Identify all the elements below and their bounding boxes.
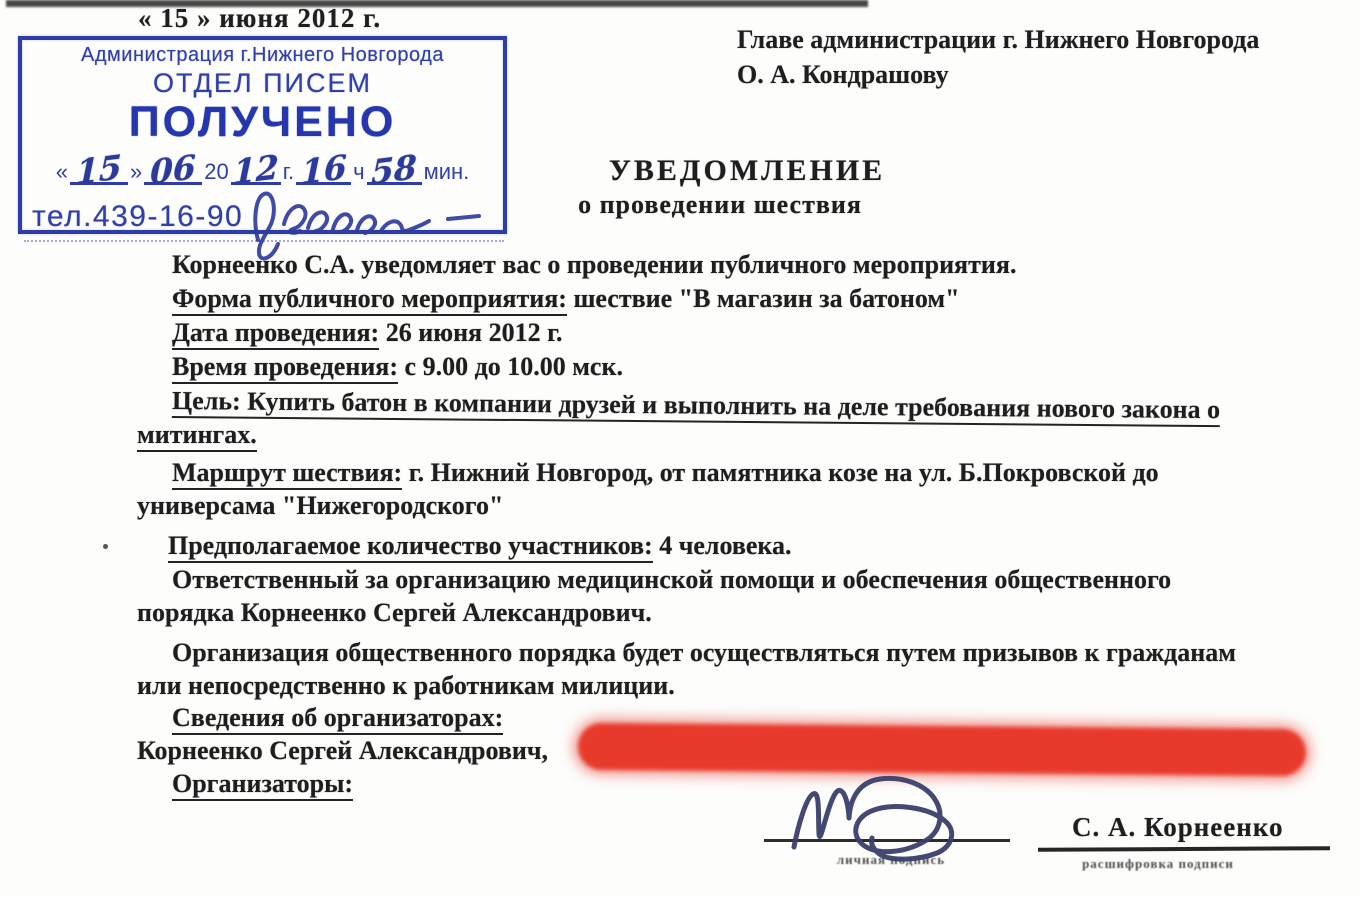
stamp-month-blank: 06 [144,148,202,185]
signature-line [764,839,1010,842]
document-subtitle: о проведении шествия [540,190,900,220]
body-line: универсама "Нижегородского" [137,491,503,521]
signature-name-line [1038,846,1330,852]
stamp-date-row: «15»062012г.16ч58мин. [22,148,503,192]
body-line: Ответственный за организацию медицинской… [172,565,1171,595]
handwritten-hour: 16 [300,147,346,192]
body-line: Организация общественного порядка будет … [172,638,1236,668]
document-title: УВЕДОМЛЕНИЕ [560,154,934,188]
stamp-close-quote: » [128,159,144,185]
addressee-line1: Главе администрации г. Нижнего Новгорода [737,22,1259,57]
stamp-open-quote: « [54,159,70,185]
stamp-received-label: ПОЛУЧЕНО [22,98,503,147]
body-line: Корнеенко С.А. уведомляет вас о проведен… [172,250,1016,280]
signature-caption: личная подпись [811,852,971,868]
stamp-hour-blank: 16 [296,148,351,185]
body-line: Время проведения: с 9.00 до 10.00 мск. [172,352,623,382]
body-line: Форма публичного мероприятия: шествие "В… [172,284,960,314]
stamp-dotted-artifact [24,240,504,242]
signature-name-caption: расшифровка подписи [1068,856,1248,872]
handwritten-signature [794,778,952,859]
document-date: « 15 » июня 2012 г. [138,3,381,34]
body-line: порядка Корнеенко Сергей Александрович. [137,598,652,628]
stamp-year-prefix: 20 [202,159,230,185]
body-line: митингах. [137,420,257,450]
stamp-dept-line: ОТДЕЛ ПИСЕМ [22,68,503,99]
received-stamp: Администрация г.Нижнего Новгорода ОТДЕЛ … [18,36,507,234]
stamp-year-suffix: г. [281,159,296,185]
handwritten-month: 06 [150,147,196,192]
stamp-minute-suffix: мин. [422,159,472,185]
handwritten-day: 15 [76,147,122,192]
addressee-block: Главе администрации г. Нижнего Новгорода… [737,22,1259,92]
addressee-line2: О. А. Кондрашову [737,57,1259,92]
scanned-document: « 15 » июня 2012 г. Главе администрации … [0,0,1360,897]
body-line: Корнеенко Сергей Александрович, [137,736,548,766]
signatory-name: С. А. Корнеенко [1072,812,1284,843]
body-line: или непосредственно к работникам милиции… [137,671,675,701]
stamp-hour-suffix: ч [351,159,366,185]
stamp-phone: тел.439-16-90 [32,200,243,234]
scan-edge-artifact [6,0,868,7]
body-line: Дата проведения: 26 июня 2012 г. [172,318,563,348]
handwritten-year: 12 [233,147,279,192]
body-line: Цель: Купить батон в компании друзей и в… [172,386,1220,425]
handwritten-minute: 58 [371,147,417,192]
stamp-minute-blank: 58 [367,148,422,185]
stamp-year-blank: 12 [231,148,281,185]
body-line: Сведения об организаторах: [172,703,503,733]
stamp-day-blank: 15 [70,148,128,185]
body-line: Организаторы: [172,769,353,799]
redaction-bar [578,723,1306,776]
stamp-org-line: Администрация г.Нижнего Новгорода [22,44,503,67]
body-line: Маршрут шествия: г. Нижний Новгород, от … [172,458,1159,488]
body-line: Предполагаемое количество участников: 4 … [168,531,792,561]
scan-dot-artifact [103,544,108,549]
